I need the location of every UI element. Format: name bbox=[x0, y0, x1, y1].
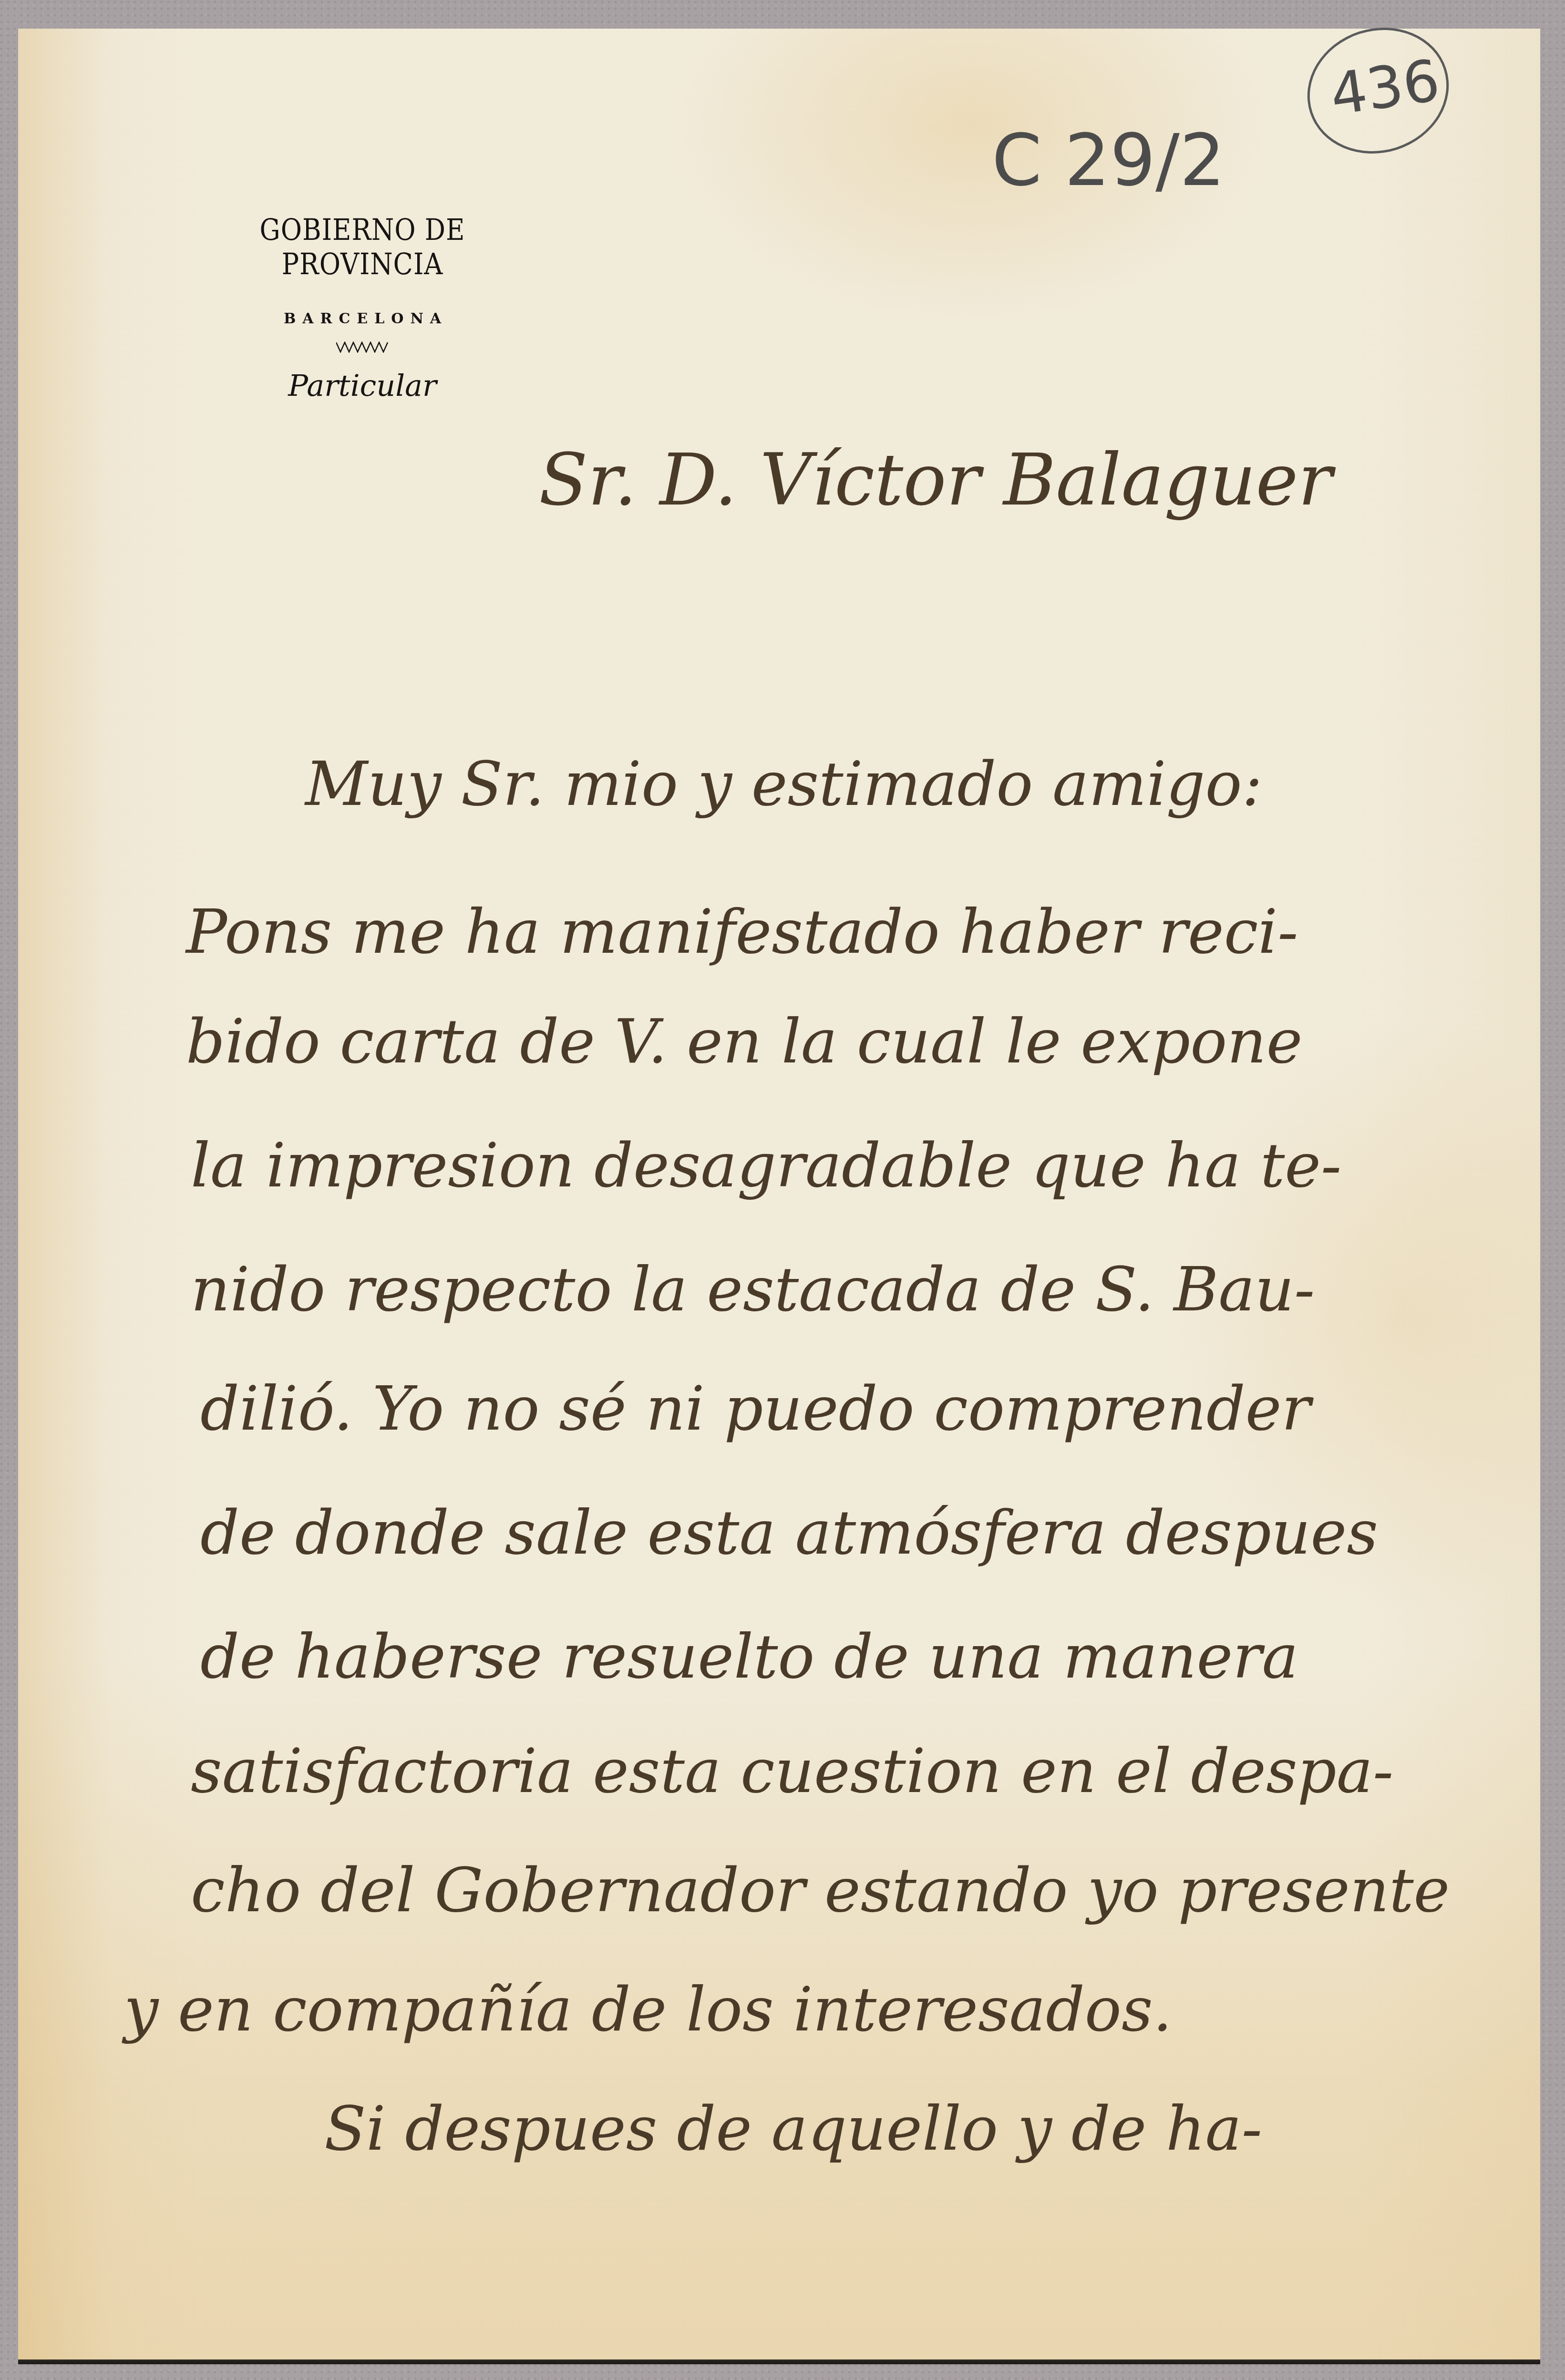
letter-line: de donde sale esta atmósfera despues bbox=[200, 1497, 1378, 1568]
letter-line: nido respecto la estacada de S. Bau- bbox=[191, 1254, 1315, 1325]
letter-line: cho del Gobernador estando yo presente bbox=[191, 1855, 1450, 1926]
letter-line: de haberse resuelto de una manera bbox=[200, 1621, 1298, 1692]
salutation: Muy Sr. mio y estimado amigo: bbox=[305, 749, 1263, 820]
letterhead-organization: GOBIERNO DE PROVINCIA bbox=[176, 213, 548, 282]
letter-line: dilió. Yo no sé ni puedo comprender bbox=[200, 1373, 1311, 1444]
letter-line: bido carta de V. en la cual le expone bbox=[186, 1006, 1302, 1077]
letterhead-classification: Particular bbox=[176, 368, 548, 403]
letter-line: Pons me ha manifestado haber reci- bbox=[186, 896, 1298, 968]
zigzag-ornament-icon bbox=[336, 341, 389, 353]
letter-line: y en compañía de los interesados. bbox=[124, 1974, 1172, 2045]
addressee: Sr. D. Víctor Balaguer bbox=[539, 439, 1332, 522]
date-annotation: C 29/2 bbox=[992, 119, 1225, 202]
letter-line: la impresion desagradable que ha te- bbox=[191, 1130, 1341, 1201]
letter-line: Si despues de aquello y de ha- bbox=[324, 2093, 1262, 2164]
letterhead-city: BARCELONA bbox=[176, 310, 548, 327]
letter-line: satisfactoria esta cuestion en el despa- bbox=[191, 1736, 1393, 1807]
letterhead: GOBIERNO DE PROVINCIA BARCELONA Particul… bbox=[176, 217, 548, 403]
